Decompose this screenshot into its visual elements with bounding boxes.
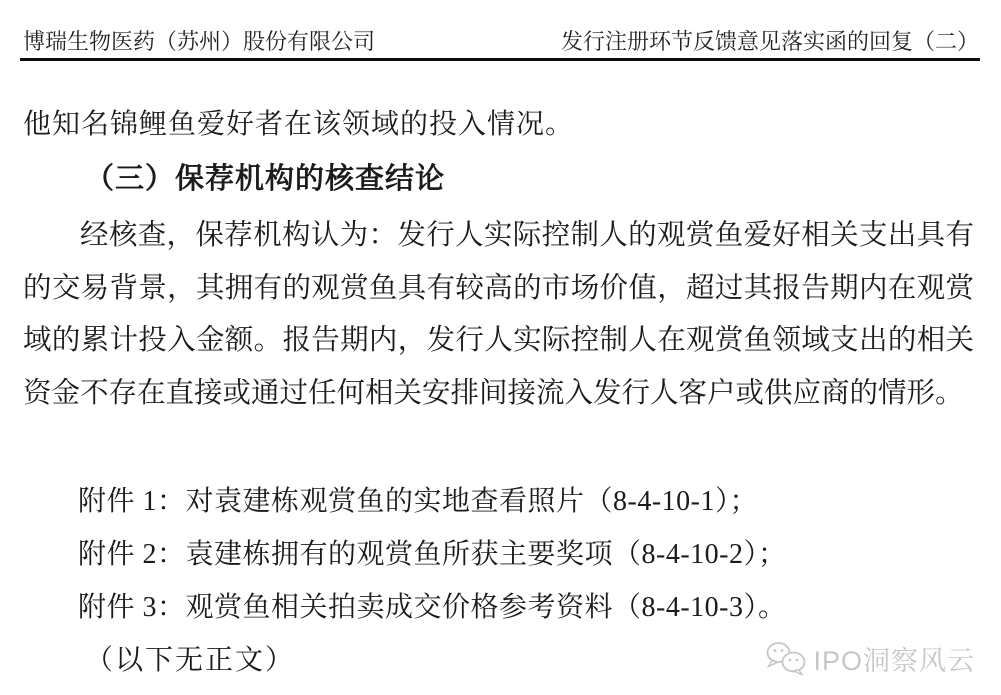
paragraph-line: 资金不存在直接或通过任何相关安排间接流入发行人客户或供应商的情形。: [23, 368, 974, 421]
verification-conclusion-paragraph: 经核查，保荐机构认为：发行人实际控制人的观赏鱼爱好相关支出具有真实 的交易背景，…: [23, 210, 974, 420]
header-rule: [20, 58, 980, 61]
attachment-item-1: 附件 1：对袁建栋观赏鱼的实地查看照片（8-4-10-1）；: [78, 475, 974, 528]
document-page: 博瑞生物医药（苏州）股份有限公司 发行注册环节反馈意见落实函的回复（二） 他知名…: [0, 0, 1001, 695]
header-doc-title: 发行注册环节反馈意见落实函的回复（二）: [561, 29, 979, 55]
header-company-name: 博瑞生物医药（苏州）股份有限公司: [23, 29, 375, 55]
watermark-text: IPO洞察风云: [813, 639, 975, 678]
paragraph-line: 经核查，保荐机构认为：发行人实际控制人的观赏鱼爱好相关支出具有真实: [23, 210, 974, 263]
paragraph-continuation-line: 他知名锦鲤鱼爱好者在该领域的投入情况。: [23, 107, 974, 143]
attachments-list: 附件 1：对袁建栋观赏鱼的实地查看照片（8-4-10-1）； 附件 2：袁建栋拥…: [78, 475, 974, 634]
watermark: IPO洞察风云: [766, 639, 975, 678]
document-body: 他知名锦鲤鱼爱好者在该领域的投入情况。 （三）保荐机构的核查结论 经核查，保荐机…: [0, 107, 1001, 687]
paragraph-line: 的交易背景，其拥有的观赏鱼具有较高的市场价值，超过其报告期内在观赏鱼领: [23, 263, 974, 316]
paragraph-line: 域的累计投入金额。报告期内，发行人实际控制人在观赏鱼领域支出的相关个人: [23, 315, 974, 368]
attachment-item-3: 附件 3：观赏鱼相关拍卖成交价格参考资料（8-4-10-3）。: [78, 581, 974, 634]
page-header: 博瑞生物医药（苏州）股份有限公司 发行注册环节反馈意见落实函的回复（二）: [0, 0, 1001, 58]
attachment-item-2: 附件 2：袁建栋拥有的观赏鱼所获主要奖项（8-4-10-2）；: [78, 528, 974, 581]
section-heading: （三）保荐机构的核查结论: [85, 160, 974, 198]
wechat-logo-icon: [766, 641, 806, 677]
